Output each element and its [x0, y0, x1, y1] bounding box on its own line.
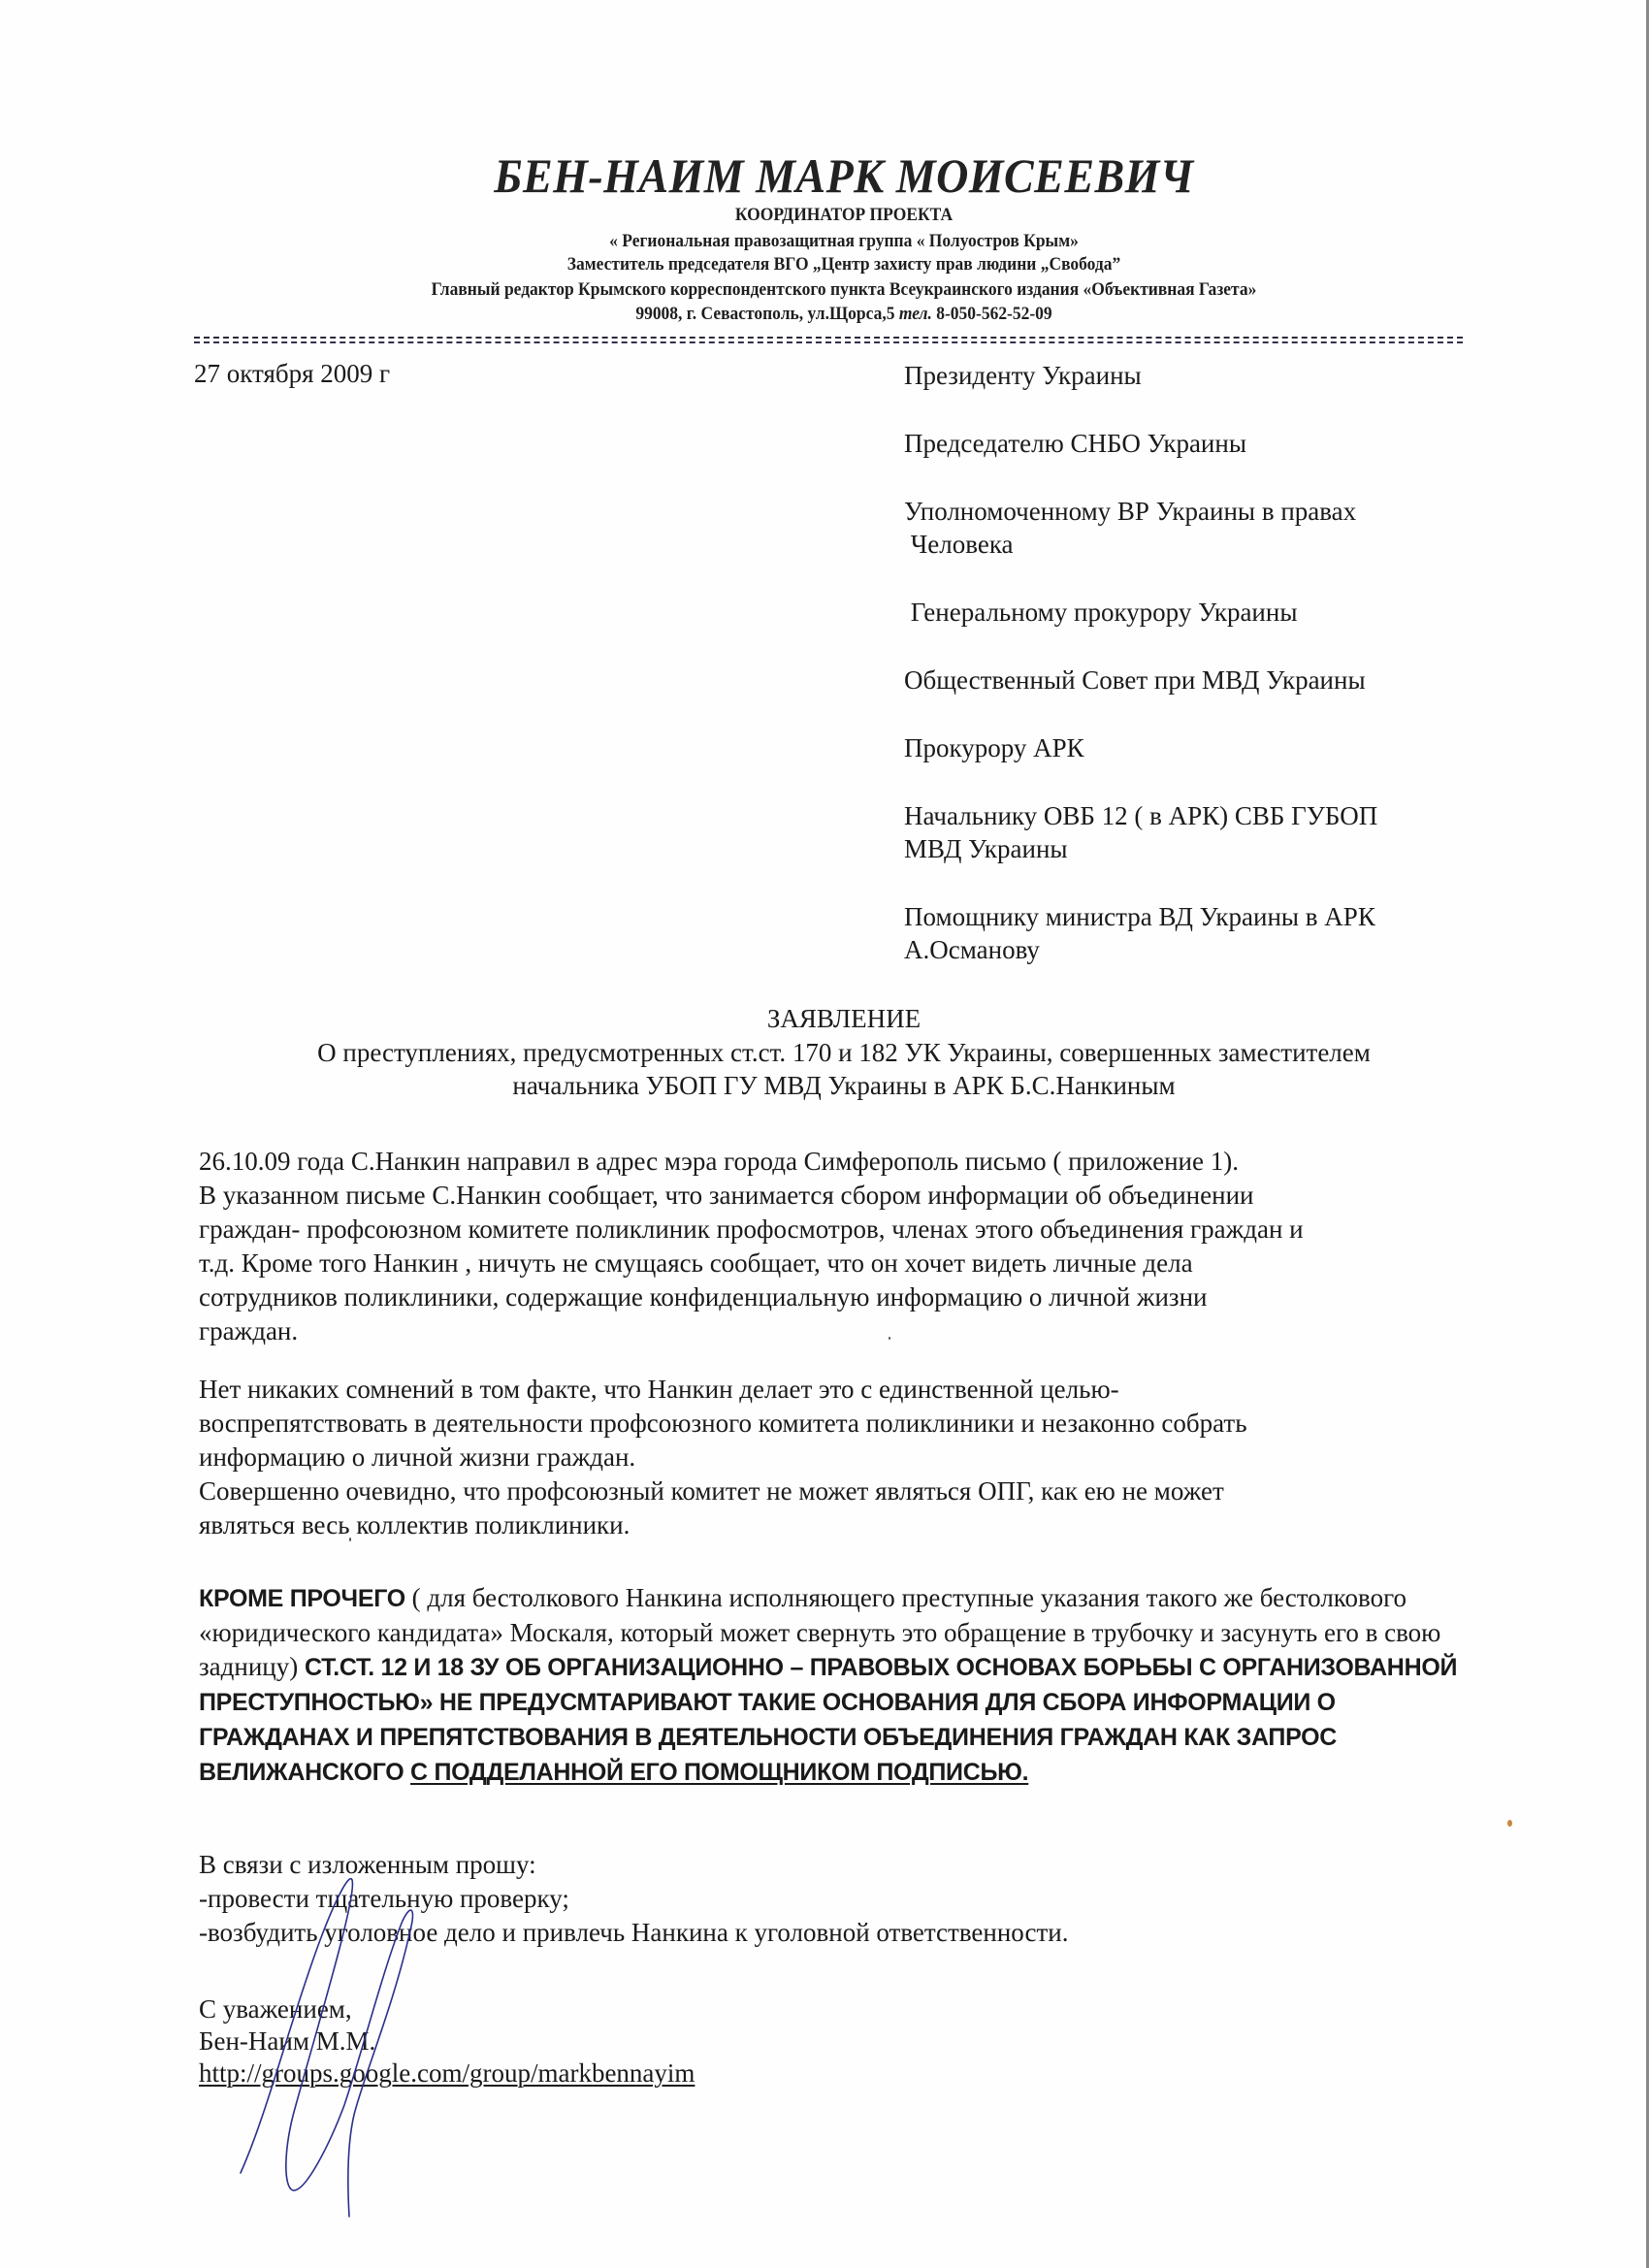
text-line: информацию о личной жизни граждан. [199, 1441, 1489, 1474]
letterhead-editor-title: Главный редактор Крымского корреспондент… [246, 279, 1442, 301]
addressee-item: Прокурору АРК [904, 731, 1467, 764]
text-line: -возбудить уголовное дело и привлечь Нан… [199, 1916, 1489, 1950]
addressee-list: Президенту УкраиныПредседателю СНБО Укра… [904, 359, 1467, 966]
addressee-item: Председателю СНБО Украины [904, 427, 1467, 460]
letterhead-name: БЕН-НАИМ МАРК МОИСЕЕВИЧ [246, 147, 1442, 204]
addressee-item: Общественный Совет при МВД Украины [904, 664, 1467, 697]
text-line: Нет никаких сомнений в том факте, что На… [199, 1373, 1489, 1407]
text-line: являться весь коллектив поликлиники. [199, 1508, 1489, 1542]
text-line: 26.10.09 года С.Нанкин направил в адрес … [199, 1145, 1489, 1179]
addressee-line: Общественный Совет при МВД Украины [904, 664, 1467, 697]
text-line: граждан. [199, 1314, 1489, 1348]
closing-block: С уважением, Бен-Наим М.М. http://groups… [199, 1993, 695, 2090]
addressee-line: А.Османову [904, 933, 1467, 966]
text-line: -провести тщательную проверку; [199, 1882, 1489, 1916]
scan-speck [349, 1538, 351, 1541]
scanned-letter-page: БЕН-НАИМ МАРК МОИСЕЕВИЧ КООРДИНАТОР ПРОЕ… [0, 0, 1649, 2268]
text-line: В указанном письме С.Нанкин сообщает, чт… [199, 1179, 1489, 1213]
addressee-item: Президенту Украины [904, 359, 1467, 392]
addressee-item: Помощнику министра ВД Украины в АРКА.Осм… [904, 900, 1467, 966]
addressee-line: Уполномоченному ВР Украины в правах [904, 495, 1467, 528]
paragraph-requests: В связи с изложенным прошу:-провести тща… [199, 1848, 1489, 1950]
scan-speck [1507, 1820, 1512, 1827]
scan-speck [889, 1337, 890, 1340]
addressee-line: Начальнику ОВБ 12 ( в АРК) СВБ ГУБОП [904, 799, 1467, 832]
letterhead-divider [194, 341, 1463, 343]
letterhead-address: 99008, г. Севастополь, ул.Щорса,5 тел. 8… [246, 304, 1442, 325]
phone-number: 8-050-562-52-09 [936, 304, 1051, 324]
phone-label: тел. [899, 304, 932, 324]
paragraph-legal-basis: КРОМЕ ПРОЧЕГО ( для бестолкового Нанкина… [199, 1581, 1489, 1790]
addressee-line: Генеральному прокурору Украины [904, 596, 1467, 629]
paragraph-facts: 26.10.09 года С.Нанкин направил в адрес … [199, 1145, 1489, 1348]
addressee-item: Генеральному прокурору Украины [904, 596, 1467, 629]
letter-date: 27 октября 2009 г [194, 359, 390, 389]
addressee-line: Президенту Украины [904, 359, 1467, 392]
legal-lead-caps: КРОМЕ ПРОЧЕГО [199, 1585, 405, 1612]
addressee-line: Председателю СНБО Украины [904, 427, 1467, 460]
text-line: Совершенно очевидно, что профсоюзный ком… [199, 1474, 1489, 1508]
addressee-line: Прокурору АРК [904, 731, 1467, 764]
address-text: 99008, г. Севастополь, ул.Щорса,5 [635, 304, 894, 324]
legal-underlined-text: С ПОДДЕЛАННОЙ ЕГО ПОМОЩНИКОМ ПОДПИСЬЮ. [410, 1759, 1028, 1786]
subtitle-line: О преступлениях, предусмотренных ст.ст. … [194, 1036, 1494, 1069]
text-line: В связи с изложенным прошу: [199, 1848, 1489, 1882]
text-line: граждан- профсоюзном комитете поликлиник… [199, 1213, 1489, 1247]
letterhead-group: « Региональная правозащитная группа « По… [246, 231, 1442, 252]
addressee-item: Уполномоченному ВР Украины в правах Чело… [904, 495, 1467, 561]
text-line: т.д. Кроме того Нанкин , ничуть не смуща… [199, 1247, 1489, 1280]
signer-name: Бен-Наим М.М. [199, 2025, 695, 2057]
letterhead-deputy-title: Заместитель председателя ВГО „Центр захи… [246, 254, 1442, 275]
document-title: ЗАЯВЛЕНИЕ [194, 1002, 1494, 1035]
addressee-line: МВД Украины [904, 832, 1467, 865]
text-line: сотрудников поликлиники, содержащие конф… [199, 1280, 1489, 1314]
group-link[interactable]: http://groups.google.com/group/markbenna… [199, 2058, 695, 2088]
letterhead-role: КООРДИНАТОР ПРОЕКТА [246, 205, 1442, 226]
subtitle-line: начальника УБОП ГУ МВД Украины в АРК Б.С… [194, 1069, 1494, 1102]
paragraph-argument: Нет никаких сомнений в том факте, что На… [199, 1373, 1489, 1542]
text-line: воспрепятствовать в деятельности профсою… [199, 1407, 1489, 1441]
document-subtitle: О преступлениях, предусмотренных ст.ст. … [194, 1036, 1494, 1102]
addressee-line: Помощнику министра ВД Украины в АРК [904, 900, 1467, 933]
addressee-item: Начальнику ОВБ 12 ( в АРК) СВБ ГУБОПМВД … [904, 799, 1467, 865]
addressee-line: Человека [904, 528, 1467, 561]
closing-regards: С уважением, [199, 1993, 695, 2025]
letterhead-divider [194, 337, 1463, 339]
